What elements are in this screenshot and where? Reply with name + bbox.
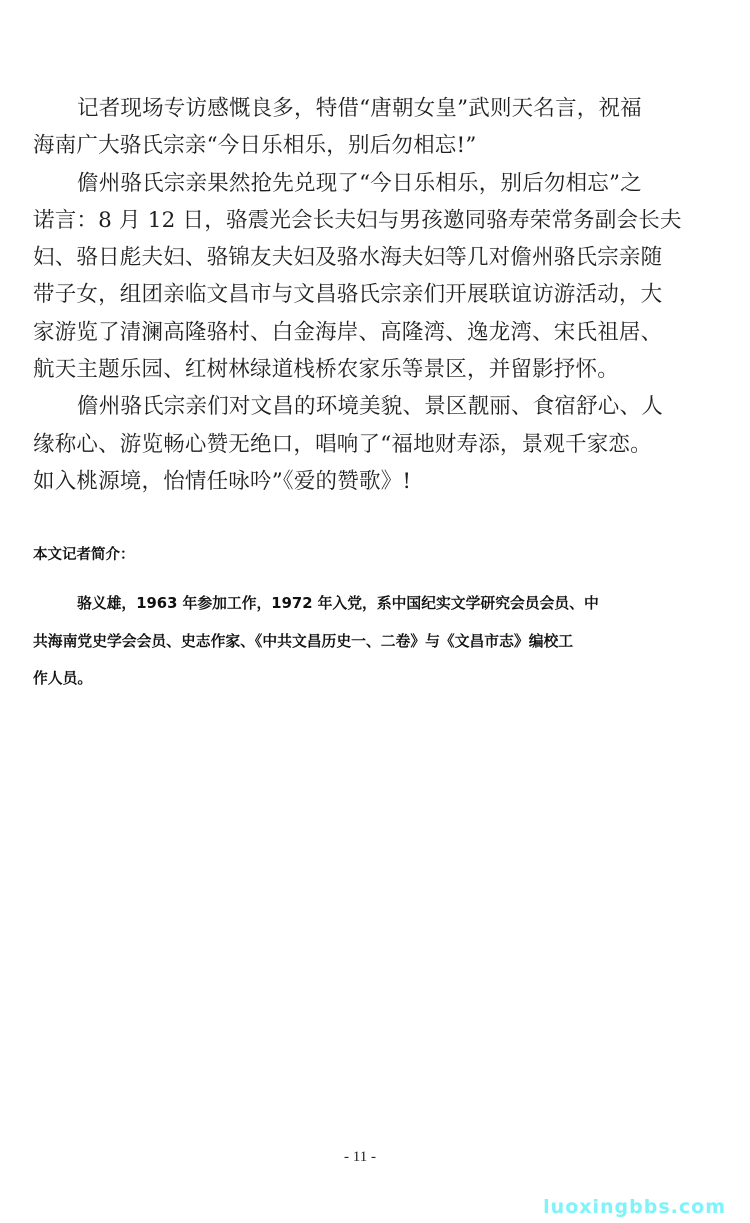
text-line: 缘称心、游览畅心赞无绝口，唱响了“福地财寿添，景观千家恋。 [33,426,693,463]
article-body: 记者现场专访感慨良多，特借“唐朝女皇”武则天名言，祝福 海南广大骆氏宗亲“今日乐… [33,90,693,500]
text-line: 家游览了清澜高隆骆村、白金海岸、高隆湾、逸龙湾、宋氏祖居、 [33,314,693,351]
author-bio: 本文记者简介： 骆义雄，1963 年参加工作，1972 年入党，系中国纪实文学研… [33,545,693,698]
author-bio-heading: 本文记者简介： [33,545,693,565]
paragraph-visit: 儋州骆氏宗亲果然抢先兑现了“今日乐相乐，别后勿相忘”之 诺言：8 月 12 日，… [33,165,693,389]
bio-line: 作人员。 [33,660,693,698]
text-line: 儋州骆氏宗亲们对文昌的环境美貌、景区靓丽、食宿舒心、人 [33,388,693,425]
watermark: luoxingbbs.com [543,1196,726,1218]
text-line: 记者现场专访感慨良多，特借“唐朝女皇”武则天名言，祝福 [33,90,693,127]
bio-line: 共海南党史学会会员、史志作家、《中共文昌历史一、二卷》与《文昌市志》编校工 [33,623,693,661]
bio-line: 骆义雄，1963 年参加工作，1972 年入党，系中国纪实文学研究会员会员、中 [33,585,693,623]
text-line: 儋州骆氏宗亲果然抢先兑现了“今日乐相乐，别后勿相忘”之 [33,165,693,202]
text-line: 如入桃源境，怡情任咏吟”《爱的赞歌》! [33,463,693,500]
text-line: 航天主题乐园、红树林绿道栈桥农家乐等景区，并留影抒怀。 [33,351,693,388]
text-line: 诺言：8 月 12 日，骆震光会长夫妇与男孩邀同骆寿荣常务副会长夫 [33,202,693,239]
text-line: 妇、骆日彪夫妇、骆锦友夫妇及骆水海夫妇等几对儋州骆氏宗亲随 [33,239,693,276]
document-page: 记者现场专访感慨良多，特借“唐朝女皇”武则天名言，祝福 海南广大骆氏宗亲“今日乐… [0,0,750,1223]
page-number: - 11 - [0,1149,720,1166]
text-line: 带子女，组团亲临文昌市与文昌骆氏宗亲们开展联谊访游活动，大 [33,276,693,313]
text-line: 海南广大骆氏宗亲“今日乐相乐，别后勿相忘!” [33,127,693,164]
paragraph-greeting: 记者现场专访感慨良多，特借“唐朝女皇”武则天名言，祝福 海南广大骆氏宗亲“今日乐… [33,90,693,165]
author-bio-text: 骆义雄，1963 年参加工作，1972 年入党，系中国纪实文学研究会员会员、中 … [33,585,693,698]
paragraph-praise: 儋州骆氏宗亲们对文昌的环境美貌、景区靓丽、食宿舒心、人 缘称心、游览畅心赞无绝口… [33,388,693,500]
